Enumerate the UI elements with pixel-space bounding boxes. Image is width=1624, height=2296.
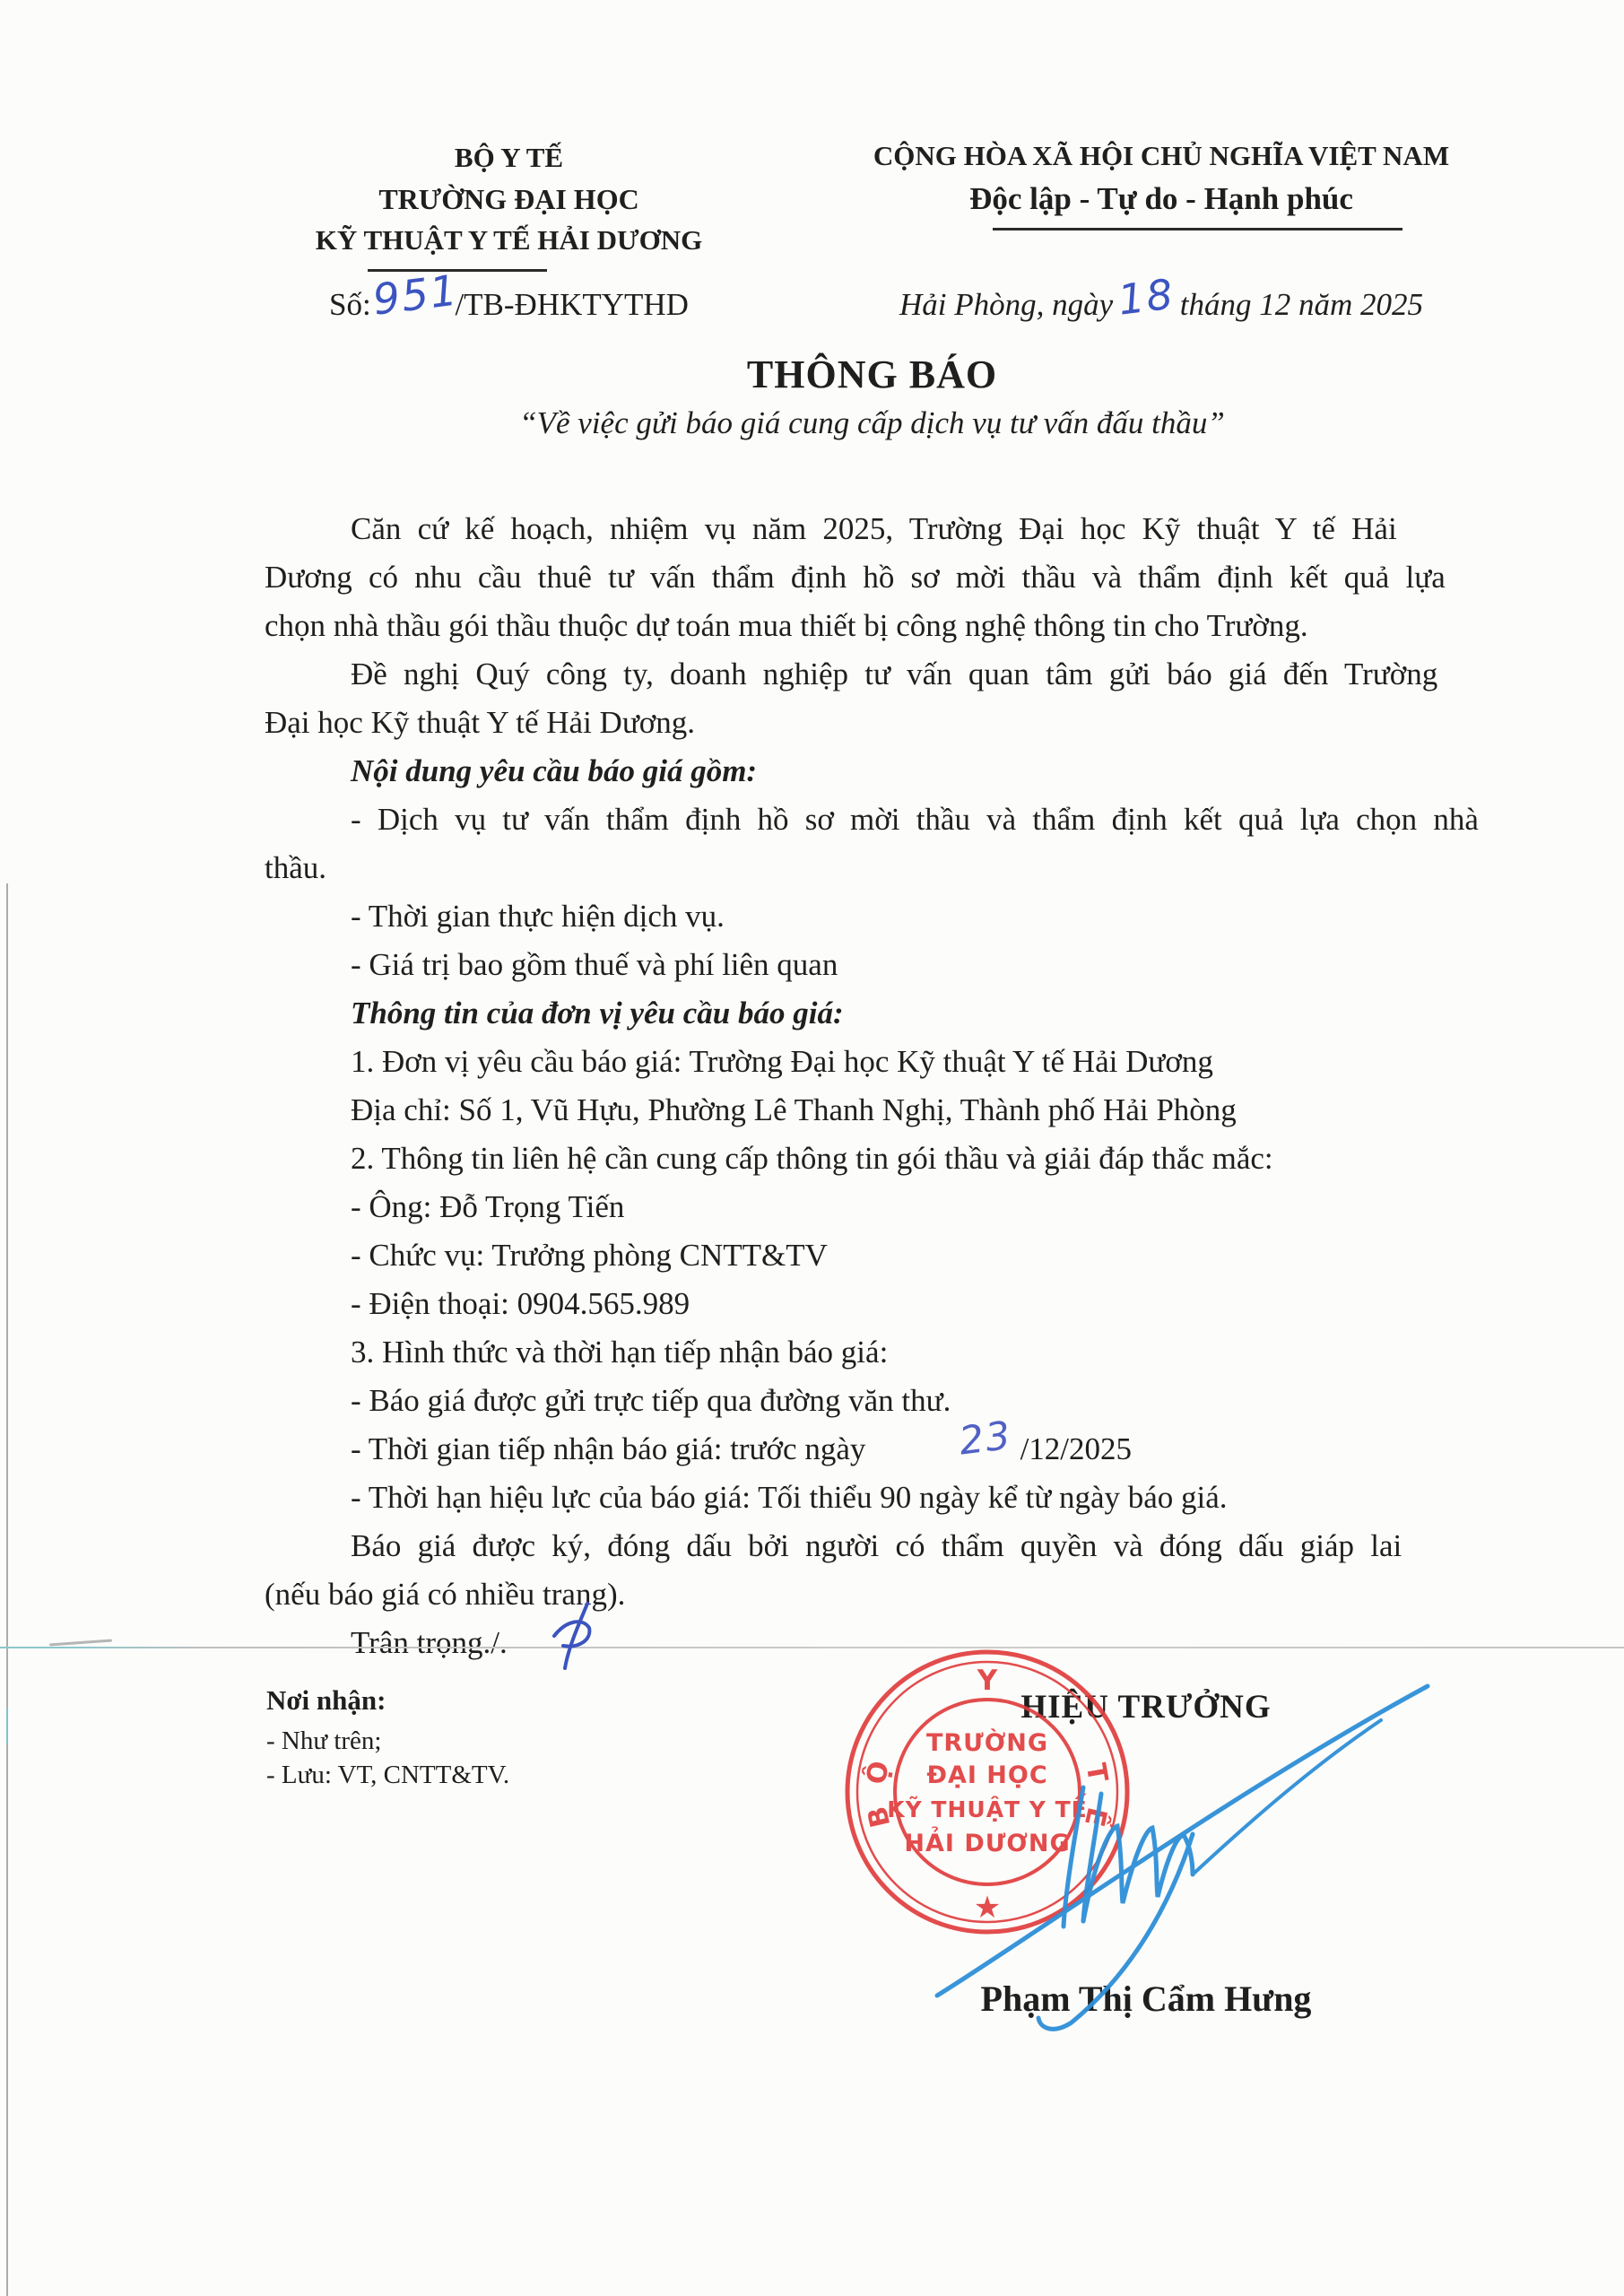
place-and-date: Hải Phòng, ngày18tháng 12 năm 2025 [829,287,1493,323]
scan-edge-line [6,883,8,2296]
body-line: Địa chỉ: Số 1, Vũ Hựu, Phường Lê Thanh N… [265,1086,1484,1135]
body-line: - Chức vụ: Trưởng phòng CNTT&TV [265,1231,1484,1280]
recipients-list: - Như trên;- Lưu: VT, CNTT&TV. [266,1724,509,1792]
recipient-item: - Như trên; [266,1724,509,1758]
body-line: Thông tin của đơn vị yêu cầu báo giá: [265,989,1484,1038]
body-line: Đề nghị Quý công ty, doanh nghiệp tư vấn… [265,650,1484,699]
body-line: (nếu báo giá có nhiều trang). [265,1570,1484,1619]
body-line: chọn nhà thầu gói thầu thuộc dự toán mua… [265,602,1484,650]
body-line: - Thời hạn hiệu lực của báo giá: Tối thi… [265,1474,1484,1522]
handwritten-day-of-month: 18 [1118,293,1174,300]
body-line: - Dịch vụ tư vấn thẩm định hồ sơ mời thầ… [265,796,1484,844]
document-title: THÔNG BÁO [265,352,1480,397]
date-prefix: Hải Phòng, ngày [899,287,1113,322]
body-line: - Giá trị bao gồm thuế và phí liên quan [265,941,1484,989]
paper-crease-bump [49,1639,112,1647]
body-line: 2. Thông tin liên hệ cần cung cấp thông … [265,1135,1484,1183]
document-number-prefix: Số: [329,287,371,322]
body-line: 1. Đơn vị yêu cầu báo giá: Trường Đại họ… [265,1038,1484,1086]
document-subtitle: “Về việc gửi báo giá cung cấp dịch vụ tư… [265,405,1480,441]
handwritten-document-number: 951 [373,291,458,301]
recipients-label: Nơi nhận: [266,1684,509,1717]
body-line: - Ông: Đỗ Trọng Tiến [265,1183,1484,1231]
date-suffix: tháng 12 năm 2025 [1180,287,1423,322]
scanned-document-page: BỘ Y TẾ TRƯỜNG ĐẠI HỌC KỸ THUẬT Y TẾ HẢI… [0,0,1624,2296]
body-line-text: - Thời gian tiếp nhận báo giá: trước ngà… [351,1431,873,1466]
national-motto: Độc lập - Tự do - Hạnh phúc [829,181,1493,217]
ministry-name: BỘ Y TẾ [260,142,758,174]
header-right-underline [993,228,1403,230]
body-line: Dương có nhu cầu thuê tư vấn thẩm định h… [265,553,1484,602]
body-line: Báo giá được ký, đóng dấu bởi người có t… [265,1522,1484,1570]
scan-edge-tint [6,1709,8,1744]
body-line: Nội dung yêu cầu báo giá gồm: [265,747,1484,796]
document-number-suffix: /TB-ĐHKTYTHD [455,287,689,322]
body-line: - Thời gian thực hiện dịch vụ. [265,892,1484,941]
body-line: - Điện thoại: 0904.565.989 [265,1280,1484,1328]
body-line: - Báo giá được gửi trực tiếp qua đường v… [265,1377,1484,1425]
body-line: 3. Hình thức và thời hạn tiếp nhận báo g… [265,1328,1484,1377]
signature-ink [807,1641,1489,2054]
body-text: Căn cứ kế hoạch, nhiệm vụ năm 2025, Trườ… [265,505,1484,1667]
handwritten-deadline-day: 23 [874,1436,1012,1453]
header-left-underline [368,269,547,272]
body-line-text: /12/2025 [1012,1431,1132,1466]
document-number: Số:951/TB-ĐHKTYTHD [260,287,758,323]
recipient-item: - Lưu: VT, CNTT&TV. [266,1758,509,1792]
organization-name-line2: KỸ THUẬT Y TẾ HẢI DƯƠNG [260,224,758,257]
national-title: CỘNG HÒA XÃ HỘI CHỦ NGHĨA VIỆT NAM [829,140,1493,172]
body-line: - Thời gian tiếp nhận báo giá: trước ngà… [265,1425,1484,1474]
body-line: thầu. [265,844,1484,892]
body-line: Căn cứ kế hoạch, nhiệm vụ năm 2025, Trườ… [265,505,1484,553]
organization-name-line1: TRƯỜNG ĐẠI HỌC [260,183,758,216]
body-line: Đại học Kỹ thuật Y tế Hải Dương. [265,699,1484,747]
ink-flourish [538,1595,628,1684]
recipients-block: Nơi nhận: - Như trên;- Lưu: VT, CNTT&TV. [266,1684,509,1792]
